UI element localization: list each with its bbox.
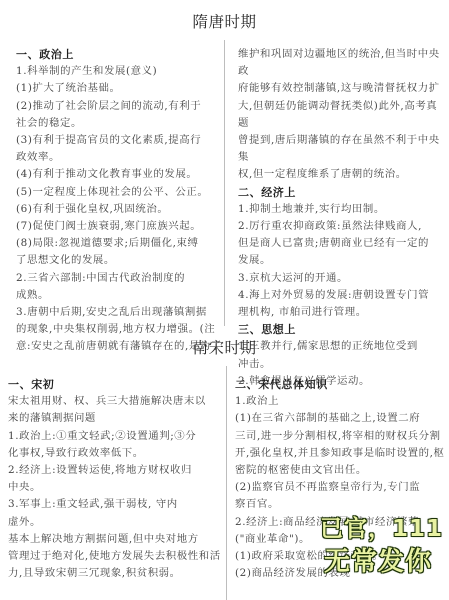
- text-line: 3.唐朝中后期,安史之乱后出现藩镇割据: [16, 304, 224, 321]
- text-line: (2)监察官员不再监察皇帝行为,专门监: [235, 479, 445, 496]
- text-line: 基本上解决地方割据问题,但中央对地方: [8, 531, 224, 548]
- text-line: 2.经济上:设置转运使,将地方财权收归: [8, 462, 224, 479]
- section-heading: 二、经济上: [238, 184, 444, 201]
- overlay-caption-line1: 已官，111: [320, 510, 443, 543]
- text-line: (5)一定程度上体现社会的公平、公正。: [16, 184, 224, 201]
- column-divider: [224, 40, 225, 326]
- text-line: 了思想文化的发展。: [16, 252, 224, 269]
- text-line: 曾提到,唐后期藩镇的存在虽然不利于中央集: [238, 132, 444, 166]
- text-line: 2.厉行重农抑商政策:虽然法律贱商人,: [238, 218, 444, 235]
- text-line: 三司,进一步分割相权,将宰相的财权兵分割: [235, 428, 445, 445]
- text-line: 3.京杭大运河的开通。: [238, 270, 444, 287]
- text-line: 社会的稳定。: [16, 115, 224, 132]
- text-line: 1.政治上: [235, 393, 445, 410]
- text-line: 1.政治上:①重文轻武;②设置通判;③分: [8, 428, 224, 445]
- text-line: 4.海上对外贸易的发展:唐朝设置专门管: [238, 287, 444, 304]
- text-line: (3)有利于提高官员的文化素质,提高行: [16, 132, 224, 149]
- text-line: 化事权,导致行政效率低下。: [8, 445, 224, 462]
- text-line: (2)推动了社会阶层之间的流动,有利于: [16, 98, 224, 115]
- text-line: 政效率。: [16, 149, 224, 166]
- section-heading: 一、政治上: [16, 46, 224, 63]
- text-line: (8)局限:忽视道德要求;后期僵化,束缚: [16, 235, 224, 252]
- text-line: 中央。: [8, 479, 224, 496]
- text-line: 密院的枢密使由文官出任。: [235, 462, 445, 479]
- text-line: 宋太祖用财、权、兵三大措施解决唐末以: [8, 393, 224, 410]
- text-line: 1.抑制土地兼并,实行均田制。: [238, 201, 444, 218]
- text-line: 开,强化皇权,并且参知政事是临时设置的,枢: [235, 445, 445, 462]
- text-line: 维护和巩固对边疆地区的统治,但当时中央政: [238, 46, 444, 80]
- text-line: 权,但一定程度维系了唐朝的统治。: [238, 166, 444, 183]
- text-line: (7)促使门阀士族衰弱,寒门庶族兴起。: [16, 218, 224, 235]
- text-line: (1)在三省六部制的基础之上,设置二府: [235, 410, 445, 427]
- nan-song-left-column: 一、宋初宋太祖用财、权、兵三大措施解决唐末以来的藩镇割据问题1.政治上:①重文轻…: [8, 376, 224, 582]
- text-line: (1)扩大了统治基础。: [16, 80, 224, 97]
- text-line: 2.三省六部制:中国古代政治制度的: [16, 270, 224, 287]
- column-divider: [226, 366, 227, 600]
- text-line: 虚外。: [8, 514, 224, 531]
- text-line: 冲击。: [238, 356, 444, 373]
- text-line: 发展。: [238, 252, 444, 269]
- overlay-caption-line2: 无常发你: [324, 541, 432, 578]
- text-line: 力,且导致宋朝三冗现象,积贫积弱。: [8, 565, 224, 582]
- section-title-nan-song: 南宋时期: [0, 336, 449, 358]
- text-line: 3.军事上:重文轻武,强干弱枝, 守内: [8, 496, 224, 513]
- text-line: (4)有利于推动文化教育事业的发展。: [16, 166, 224, 183]
- text-line: 理机构, 市舶司进行管理。: [238, 304, 444, 321]
- text-line: 来的藩镇割据问题: [8, 410, 224, 427]
- text-line: 成熟。: [16, 287, 224, 304]
- section-heading: 二、宋代总体知识: [235, 376, 445, 393]
- text-line: 大,但朝廷仍能调动督抚类似)此外,高考真题: [238, 98, 444, 132]
- text-line: (6)有利于强化皇权,巩固统治。: [16, 201, 224, 218]
- section-heading: 一、宋初: [8, 376, 224, 393]
- sui-tang-left-column: 一、政治上1.科举制的产生和发展(意义)(1)扩大了统治基础。(2)推动了社会阶…: [16, 46, 224, 356]
- text-line: 但是商人已富贵;唐朝商业已经有一定的: [238, 235, 444, 252]
- section-title-sui-tang: 隋唐时期: [0, 10, 449, 32]
- text-line: 1.科举制的产生和发展(意义): [16, 63, 224, 80]
- text-line: 管理过于绝对化,使地方发展失去积极性和活: [8, 548, 224, 565]
- text-line: 府能够有效控制藩镇,这与晚清督抚权力扩: [238, 80, 444, 97]
